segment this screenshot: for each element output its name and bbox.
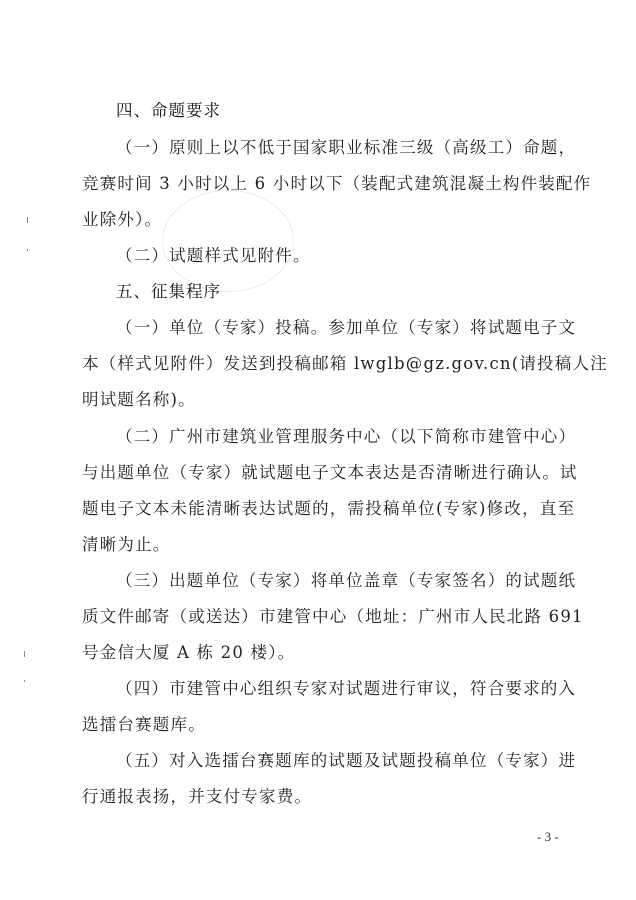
paragraph-line: 与出题单位（专家）就试题电子文本表达是否清晰进行确认。试 xyxy=(82,463,554,483)
margin-mark xyxy=(27,217,28,223)
paragraph-line: （四）市建管中心组织专家对试题进行审议，符合要求的入 xyxy=(116,679,554,699)
paragraph-line: 题电子文本未能清晰表达试题的，需投稿单位(专家)修改，直至 xyxy=(82,499,554,519)
section-heading-requirements: 四、命题要求 xyxy=(116,101,554,121)
paragraph-line: 清晰为止。 xyxy=(82,535,554,555)
section-heading-procedure: 五、征集程序 xyxy=(116,282,554,302)
seal-stamp-impression xyxy=(162,190,294,292)
paragraph-line: （二）试题样式见附件。 xyxy=(116,246,554,266)
page-number: - 3 - xyxy=(537,829,559,845)
margin-mark xyxy=(24,651,25,657)
paragraph-line: 质文件邮寄（或送达）市建管中心（地址：广州市人民北路 691 xyxy=(82,607,554,627)
margin-mark xyxy=(27,249,28,251)
paragraph-line: 业除外）。 xyxy=(82,210,554,230)
paragraph-line: 明试题名称)。 xyxy=(82,390,554,410)
paragraph-line: （一）原则上以不低于国家职业标准三级（高级工）命题， xyxy=(116,138,554,158)
paragraph-line: （三）出题单位（专家）将单位盖章（专家签名）的试题纸 xyxy=(116,571,554,591)
paragraph-line: 竞赛时间 3 小时以上 6 小时以下（装配式建筑混凝土构件装配作 xyxy=(82,174,554,194)
paragraph-line: （五）对入选擂台赛题库的试题及试题投稿单位（专家）进 xyxy=(116,751,554,771)
paragraph-line: 号金信大厦 A 栋 20 楼）。 xyxy=(82,643,554,663)
paragraph-line: 选擂台赛题库。 xyxy=(82,715,554,735)
paragraph-line: （二）广州市建筑业管理服务中心（以下简称市建管中心） xyxy=(116,427,554,447)
document-page: 四、命题要求 （一）原则上以不低于国家职业标准三级（高级工）命题， 竞赛时间 3… xyxy=(0,0,636,900)
paragraph-line: 本（样式见附件）发送到投稿邮箱 lwglb@gz.gov.cn(请投稿人注 xyxy=(82,354,554,374)
paragraph-line: （一）单位（专家）投稿。参加单位（专家）将试题电子文 xyxy=(116,318,554,338)
paragraph-line: 行通报表扬，并支付专家费。 xyxy=(82,787,554,807)
margin-mark xyxy=(24,680,25,682)
